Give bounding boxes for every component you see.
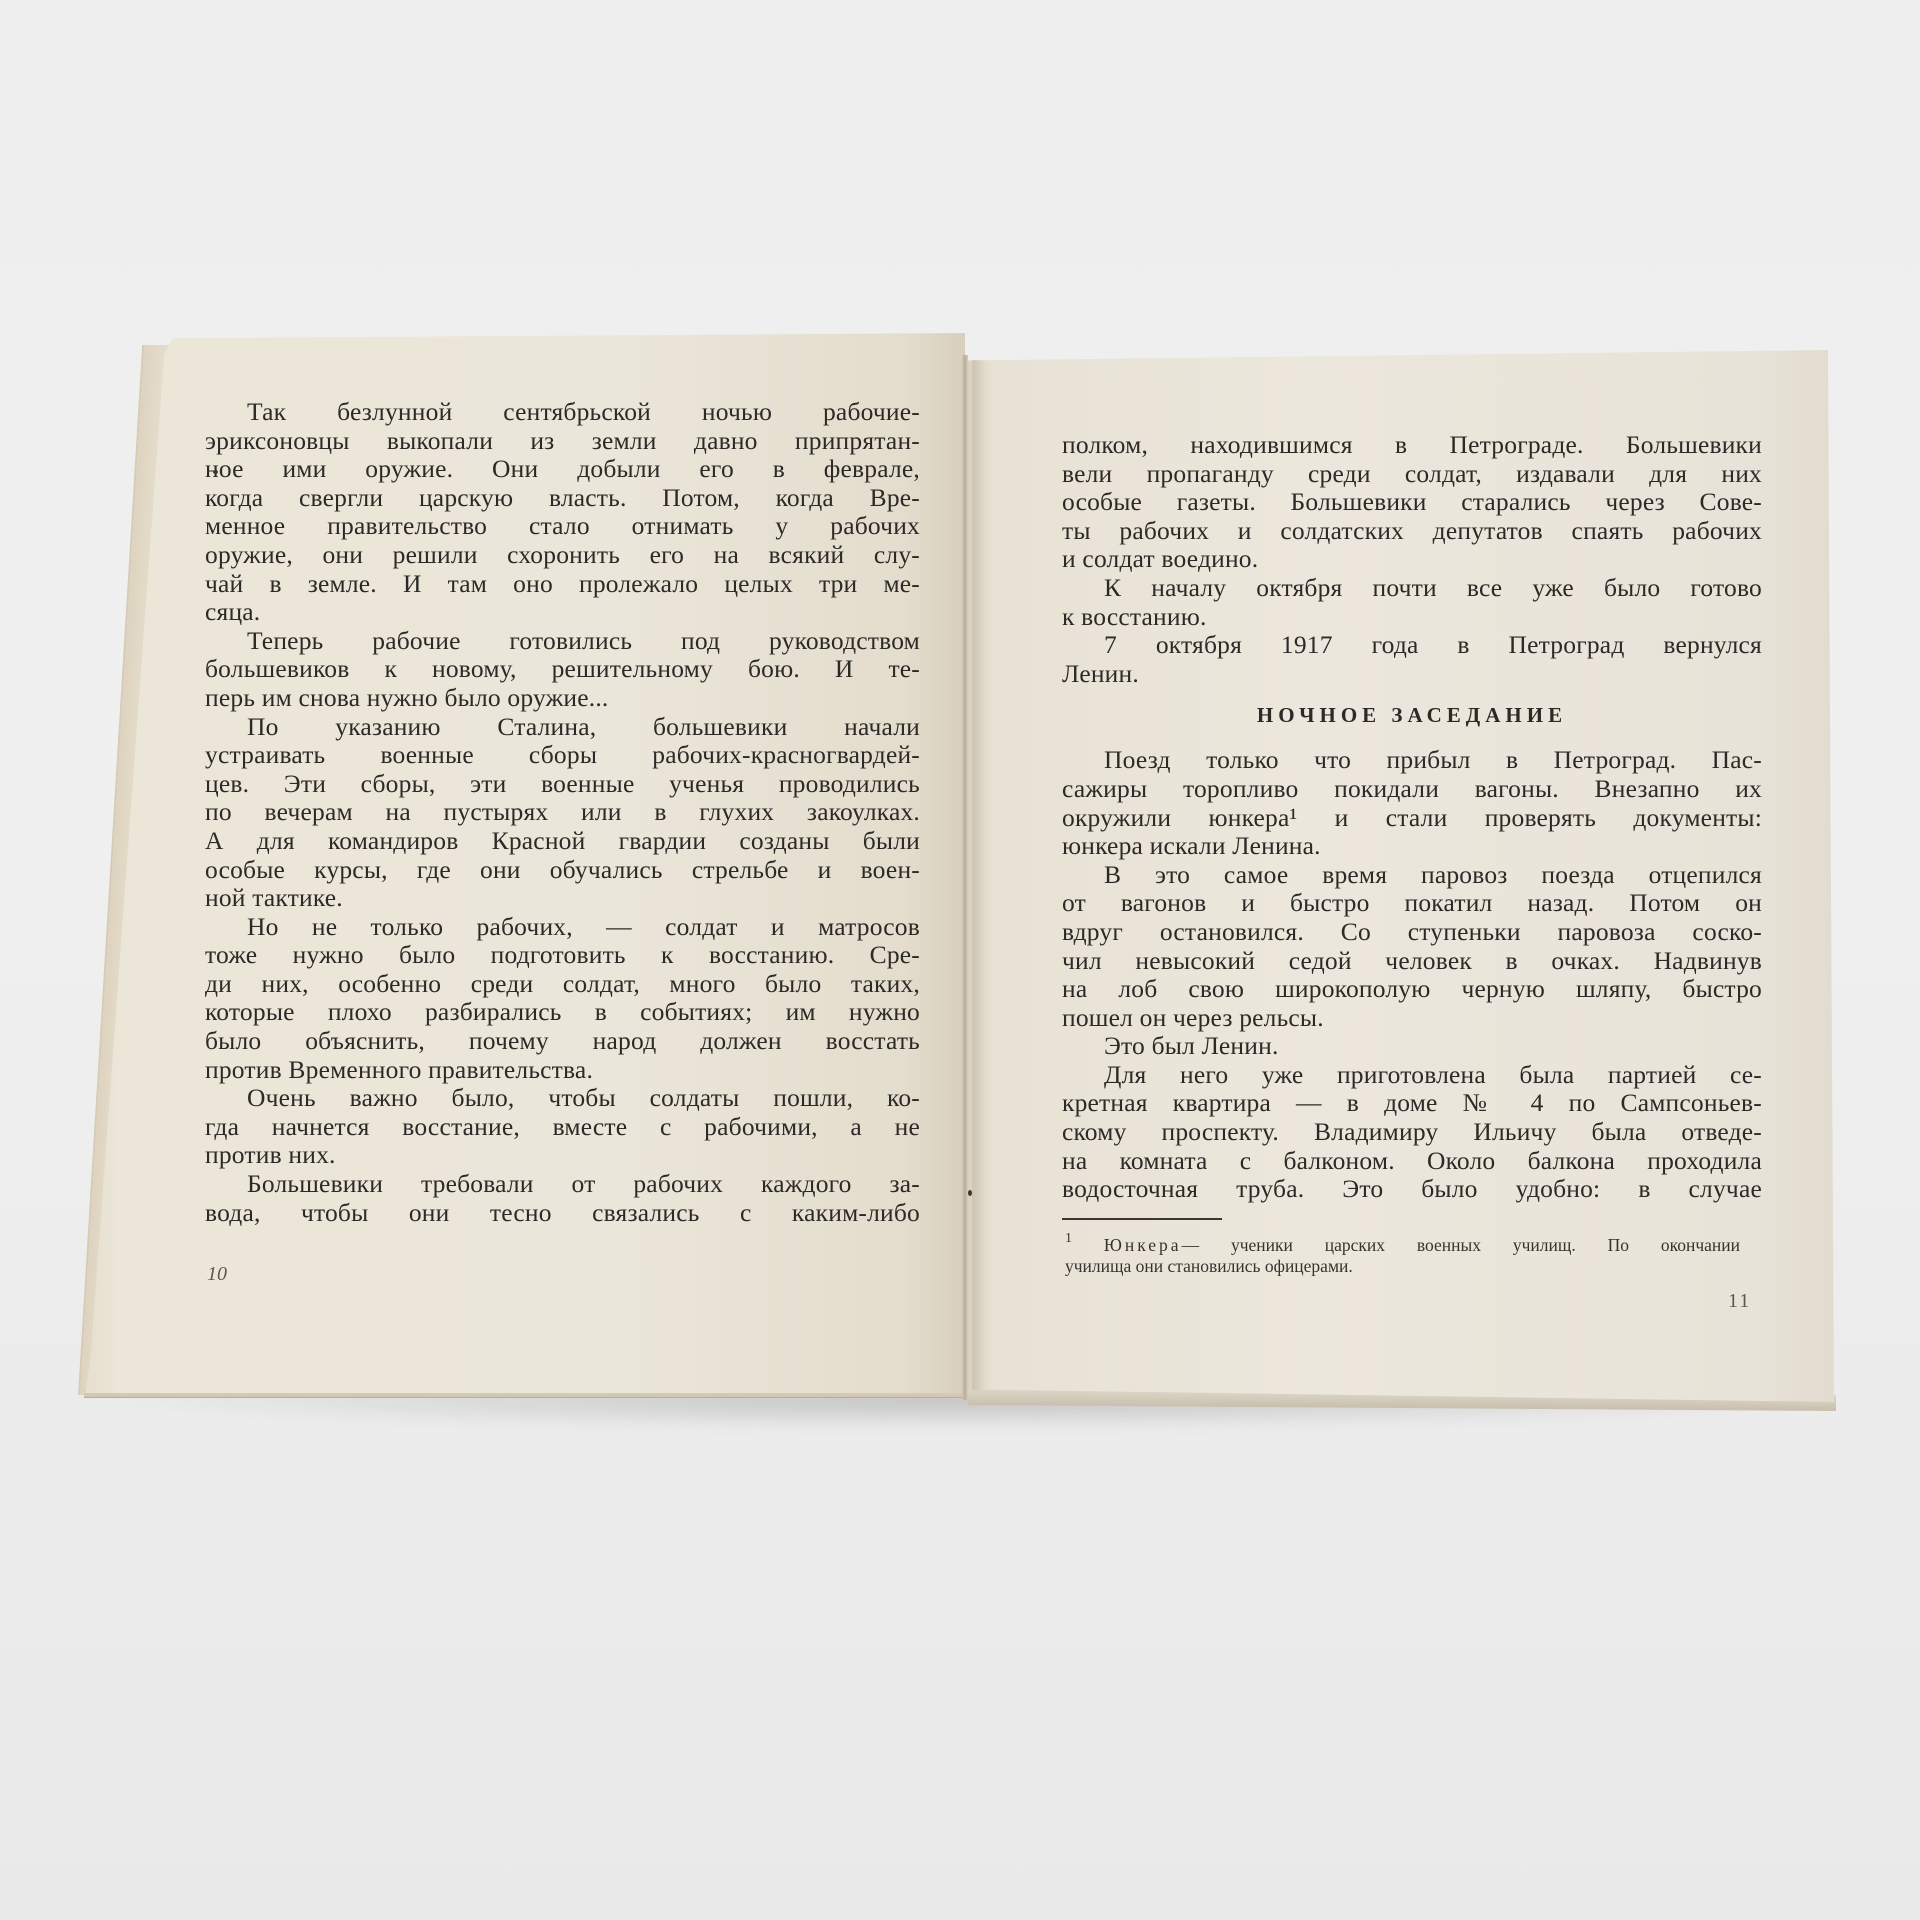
- text-line: водосточная труба. Это было удобно: в сл…: [1062, 1175, 1762, 1204]
- section-heading: НОЧНОЕ ЗАСЕДАНИЕ: [1257, 696, 1567, 738]
- text-line: юнкера искали Ленина.: [1062, 832, 1762, 861]
- text-line: особые газеты. Большевики старались чере…: [1062, 488, 1762, 517]
- text-line: особые курсы, где они обучались стрельбе…: [205, 856, 920, 885]
- text-line: Для него уже приготовлена была партией с…: [1062, 1061, 1762, 1090]
- footnote-term: Юнкера: [1104, 1235, 1182, 1255]
- section-heading-container: НОЧНОЕ ЗАСЕДАНИЕ: [1062, 688, 1762, 746]
- left-page-body-text: Так безлунной сентябрьской ночью рабочие…: [205, 398, 920, 1227]
- text-line: Очень важно было, чтобы солдаты пошли, к…: [205, 1084, 920, 1113]
- text-line: Теперь рабочие готовились под руководств…: [205, 627, 920, 656]
- text-line: устраивать военные сборы рабочих-красног…: [205, 741, 920, 770]
- text-line: тоже нужно было подготовить к восстанию.…: [205, 941, 920, 970]
- text-line: Это был Ленин.: [1062, 1032, 1762, 1061]
- footnote-divider: [1062, 1218, 1222, 1220]
- text-line: к восстанию.: [1062, 603, 1762, 632]
- text-line: Но не только рабочих, — солдат и матросо…: [205, 913, 920, 942]
- text-line: вода, чтобы они тесно связались с каким-…: [205, 1199, 920, 1228]
- text-line: на лоб свою широкополую черную шляпу, бы…: [1062, 975, 1762, 1004]
- text-line: вели пропаганду среди солдат, издавали д…: [1062, 460, 1762, 489]
- ink-speck: [968, 1190, 972, 1196]
- text-line: по вечерам на пустырях или в глухих зако…: [205, 798, 920, 827]
- text-line: менное правительство стало отнимать у ра…: [205, 512, 920, 541]
- text-line: Большевики требовали от рабочих каждого …: [205, 1170, 920, 1199]
- footnote-line-1: 1 Юнкера— ученики царских военных училищ…: [1065, 1228, 1740, 1256]
- text-line: было объяснить, почему народ должен восс…: [205, 1027, 920, 1056]
- text-line: вдруг остановился. Со ступеньки паровоза…: [1062, 918, 1762, 947]
- text-line: ной тактике.: [205, 884, 920, 913]
- book-spine: [962, 355, 968, 1400]
- page-number-right: 11: [1728, 1290, 1751, 1313]
- text-line: полком, находившимся в Петрограде. Больш…: [1062, 431, 1762, 460]
- text-line: пошел он через рельсы.: [1062, 1004, 1762, 1033]
- text-line: оружие, они решили схоронить его на всяк…: [205, 541, 920, 570]
- footnote-line-2: училища они становились офицерами.: [1065, 1256, 1740, 1277]
- text-line: эриксоновцы выкопали из земли давно прип…: [205, 427, 920, 456]
- text-line: Поезд только что прибыл в Петроград. Пас…: [1062, 746, 1762, 775]
- text-line: когда свергли царскую власть. Потом, ког…: [205, 484, 920, 513]
- text-line: ди них, особенно среди солдат, много был…: [205, 970, 920, 999]
- ink-speck: [213, 470, 218, 474]
- text-line: В это самое время паровоз поезда отцепил…: [1062, 861, 1762, 890]
- text-line: которые плохо разбирались в событиях; им…: [205, 998, 920, 1027]
- footnote-definition: — ученики царских военных училищ. По око…: [1182, 1235, 1740, 1255]
- text-line: сажиры торопливо покидали вагоны. Внезап…: [1062, 775, 1762, 804]
- text-line: чил невысокий седой человек в очках. Над…: [1062, 947, 1762, 976]
- text-line: от вагонов и быстро покатил назад. Потом…: [1062, 889, 1762, 918]
- spine-fold-shadow: [972, 360, 986, 1390]
- footnote-marker: 1: [1065, 1231, 1072, 1246]
- text-line: цев. Эти сборы, эти военные ученья прово…: [205, 770, 920, 799]
- text-line: сяца.: [205, 598, 920, 627]
- text-line: и солдат воедино.: [1062, 545, 1762, 574]
- text-line: По указанию Сталина, большевики начали: [205, 713, 920, 742]
- right-page-text-after-heading: Поезд только что прибыл в Петроград. Пас…: [1062, 746, 1762, 1204]
- text-line: К началу октября почти все уже было гото…: [1062, 574, 1762, 603]
- text-line: большевиков к новому, решительному бою. …: [205, 655, 920, 684]
- text-line: гда начнется восстание, вместе с рабочим…: [205, 1113, 920, 1142]
- text-line: скому проспекту. Владимиру Ильичу была о…: [1062, 1118, 1762, 1147]
- text-line: Ленин.: [1062, 660, 1762, 689]
- right-page-text-before-heading: полком, находившимся в Петрограде. Больш…: [1062, 431, 1762, 688]
- page-number-left: 10: [207, 1263, 227, 1286]
- text-line: кретная квартира — в доме № 4 по Сампсон…: [1062, 1089, 1762, 1118]
- text-line: ты рабочих и солдатских депутатов спаять…: [1062, 517, 1762, 546]
- text-line: перь им снова нужно было оружие...: [205, 684, 920, 713]
- text-line: против Временного правительства.: [205, 1056, 920, 1085]
- text-line: окружили юнкера¹ и стали проверять докум…: [1062, 804, 1762, 833]
- text-line: чай в земле. И там оно пролежало целых т…: [205, 570, 920, 599]
- text-line: 7 октября 1917 года в Петроград вернулся: [1062, 631, 1762, 660]
- text-line: против них.: [205, 1141, 920, 1170]
- text-line: Так безлунной сентябрьской ночью рабочие…: [205, 398, 920, 427]
- text-line: ное ими оружие. Они добыли его в феврале…: [205, 455, 920, 484]
- text-line: на комната с балконом. Около балкона про…: [1062, 1147, 1762, 1176]
- text-line: А для командиров Красной гвардии созданы…: [205, 827, 920, 856]
- footnote: 1 Юнкера— ученики царских военных училищ…: [1065, 1228, 1740, 1277]
- right-page-body-text: полком, находившимся в Петрограде. Больш…: [1062, 431, 1762, 1204]
